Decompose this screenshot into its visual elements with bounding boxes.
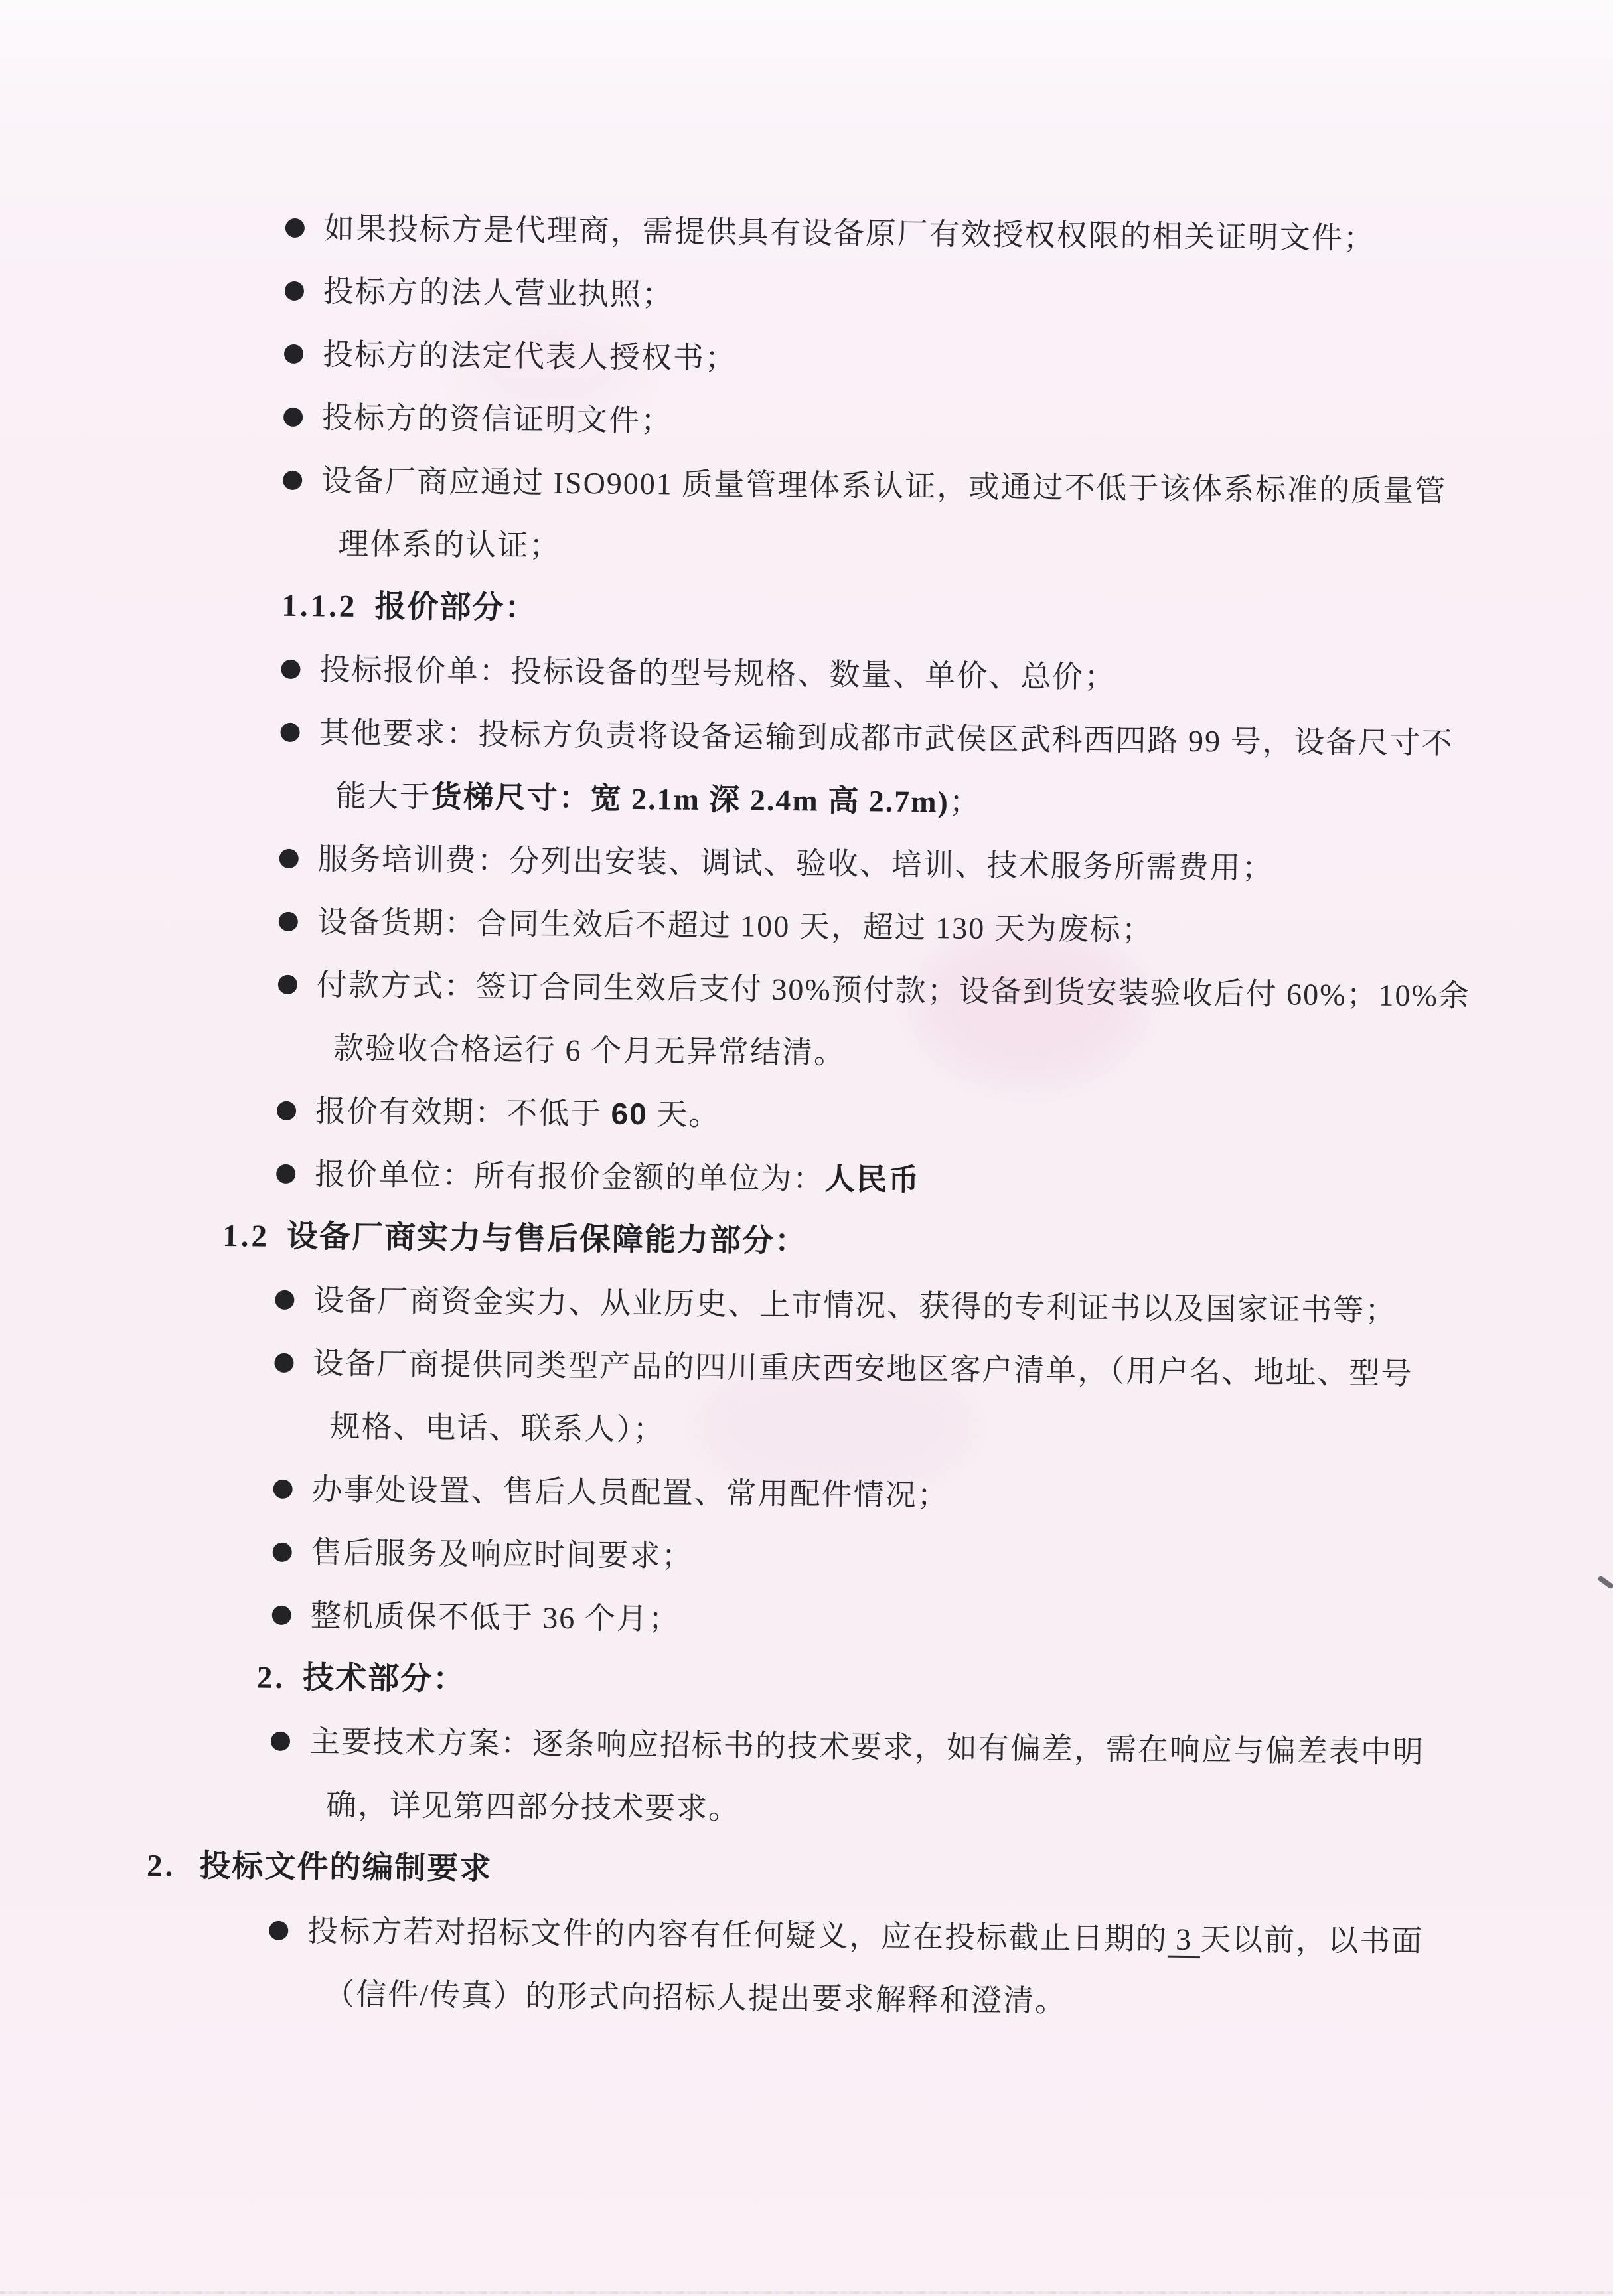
bullet-icon — [278, 975, 297, 994]
bullet-icon — [271, 1732, 290, 1751]
bullet-icon — [285, 281, 304, 301]
text-segment: 1.1.2 — [281, 589, 357, 624]
bullet-icon — [283, 471, 302, 490]
text-segment: 人民币 — [824, 1162, 920, 1197]
text-segment: 投标方的资信证明文件； — [322, 400, 672, 437]
text-segment: 天以前，以书面 — [1200, 1922, 1423, 1958]
bullet-icon — [269, 1921, 288, 1940]
text-segment: 设备厂商提供同类型产品的四川重庆西安地区客户清单，（用户名、地址、型号 — [313, 1346, 1413, 1391]
text-segment: ； — [949, 785, 981, 818]
text-segment: 2. — [257, 1660, 286, 1695]
bullet-icon — [277, 1101, 296, 1120]
text-segment: 报价部分： — [374, 589, 537, 625]
bullet-icon — [275, 1290, 294, 1310]
text-segment: 其他要求：投标方负责将设备运输到成都市武侯区武科西四路 99 号，设备尺寸不 — [319, 716, 1453, 760]
text-segment: 整机质保不低于 36 个月； — [311, 1598, 680, 1636]
text-segment: 规格、电话、联系人）； — [329, 1410, 664, 1447]
text-segment: 服务培训费：分列出安装、调试、验收、培训、技术服务所需费用； — [318, 842, 1274, 885]
text-segment: 1.2 — [222, 1219, 269, 1254]
bullet-icon — [280, 723, 299, 742]
text-segment: 付款方式：签订合同生效后支付 30%预付款；设备到货安装验收后付 60%；10%… — [317, 968, 1470, 1013]
text-segment: 理体系的认证； — [338, 527, 561, 563]
bullet-icon — [276, 1164, 295, 1184]
text-segment: 投标报价单：投标设备的型号规格、数量、单价、总价； — [319, 652, 1116, 694]
text-segment: 售后服务及响应时间要求； — [311, 1535, 693, 1573]
bullet-icon — [273, 1480, 292, 1499]
bullet-icon — [285, 218, 305, 238]
scanned-page: 如果投标方是代理商，需提供具有设备原厂有效授权权限的相关证明文件；投标方的法人营… — [0, 0, 1613, 2296]
text-segment: 投标方的法人营业执照； — [323, 274, 674, 311]
text-segment: 能大于 — [335, 779, 431, 814]
text-segment: 确，详见第四部分技术要求。 — [326, 1788, 740, 1826]
text-segment: 投标方若对招标文件的内容有任何疑义，应在投标截止日期的 — [307, 1914, 1168, 1955]
text-segment: 3 — [1168, 1922, 1201, 1958]
text-segment: 天。 — [648, 1097, 721, 1132]
text-segment: 办事处设置、售后人员配置、常用配件情况； — [311, 1472, 949, 1512]
text-segment: 报价有效期：不低于 — [315, 1094, 611, 1130]
bullet-icon — [281, 660, 300, 679]
text-segment: 设备厂商应通过 ISO9001 质量管理体系认证，或通过不低于该体系标准的质量管 — [321, 463, 1447, 508]
text-segment: 投标方的法定代表人授权书； — [323, 337, 737, 375]
text-segment: 款验收合格运行 6 个月无异常结清。 — [333, 1032, 846, 1070]
text-segment: （信件/传真）的形式向招标人提出要求解释和澄清。 — [324, 1977, 1067, 2018]
bullet-icon — [274, 1353, 293, 1373]
bullet-icon — [273, 1543, 292, 1562]
bullet-icon — [272, 1606, 291, 1625]
text-segment: 技术部分： — [303, 1661, 465, 1697]
bullet-icon — [279, 912, 298, 931]
text-segment: 设备厂商实力与售后保障能力部分： — [287, 1219, 807, 1259]
text-segment: 设备货期：合同生效后不超过 100 天，超过 130 天为废标； — [317, 905, 1154, 947]
bullet-icon — [279, 849, 299, 868]
text-segment: 货梯尺寸：宽 2.1m 深 2.4m 高 2.7m) — [431, 780, 949, 818]
text-segment: 投标文件的编制要求 — [199, 1849, 492, 1886]
text-segment: 主要技术方案：逐条响应招标书的技术要求，如有偏差，需在响应与偏差表中明 — [309, 1724, 1424, 1769]
text-segment: 报价单位：所有报价金额的单位为： — [315, 1157, 824, 1195]
scan-edge-line — [0, 2291, 1613, 2294]
text-segment: 如果投标方是代理商，需提供具有设备原厂有效授权权限的相关证明文件； — [324, 211, 1375, 255]
document-content: 如果投标方是代理商，需提供具有设备原厂有效授权权限的相关证明文件；投标方的法人营… — [0, 0, 1613, 2038]
bullet-icon — [284, 344, 303, 364]
bullet-icon — [283, 408, 303, 427]
text-segment: 设备厂商资金实力、从业历史、上市情况、获得的专利证书以及国家证书等； — [313, 1283, 1397, 1328]
text-segment: 2. — [147, 1849, 176, 1883]
text-segment: 60 — [611, 1097, 648, 1132]
